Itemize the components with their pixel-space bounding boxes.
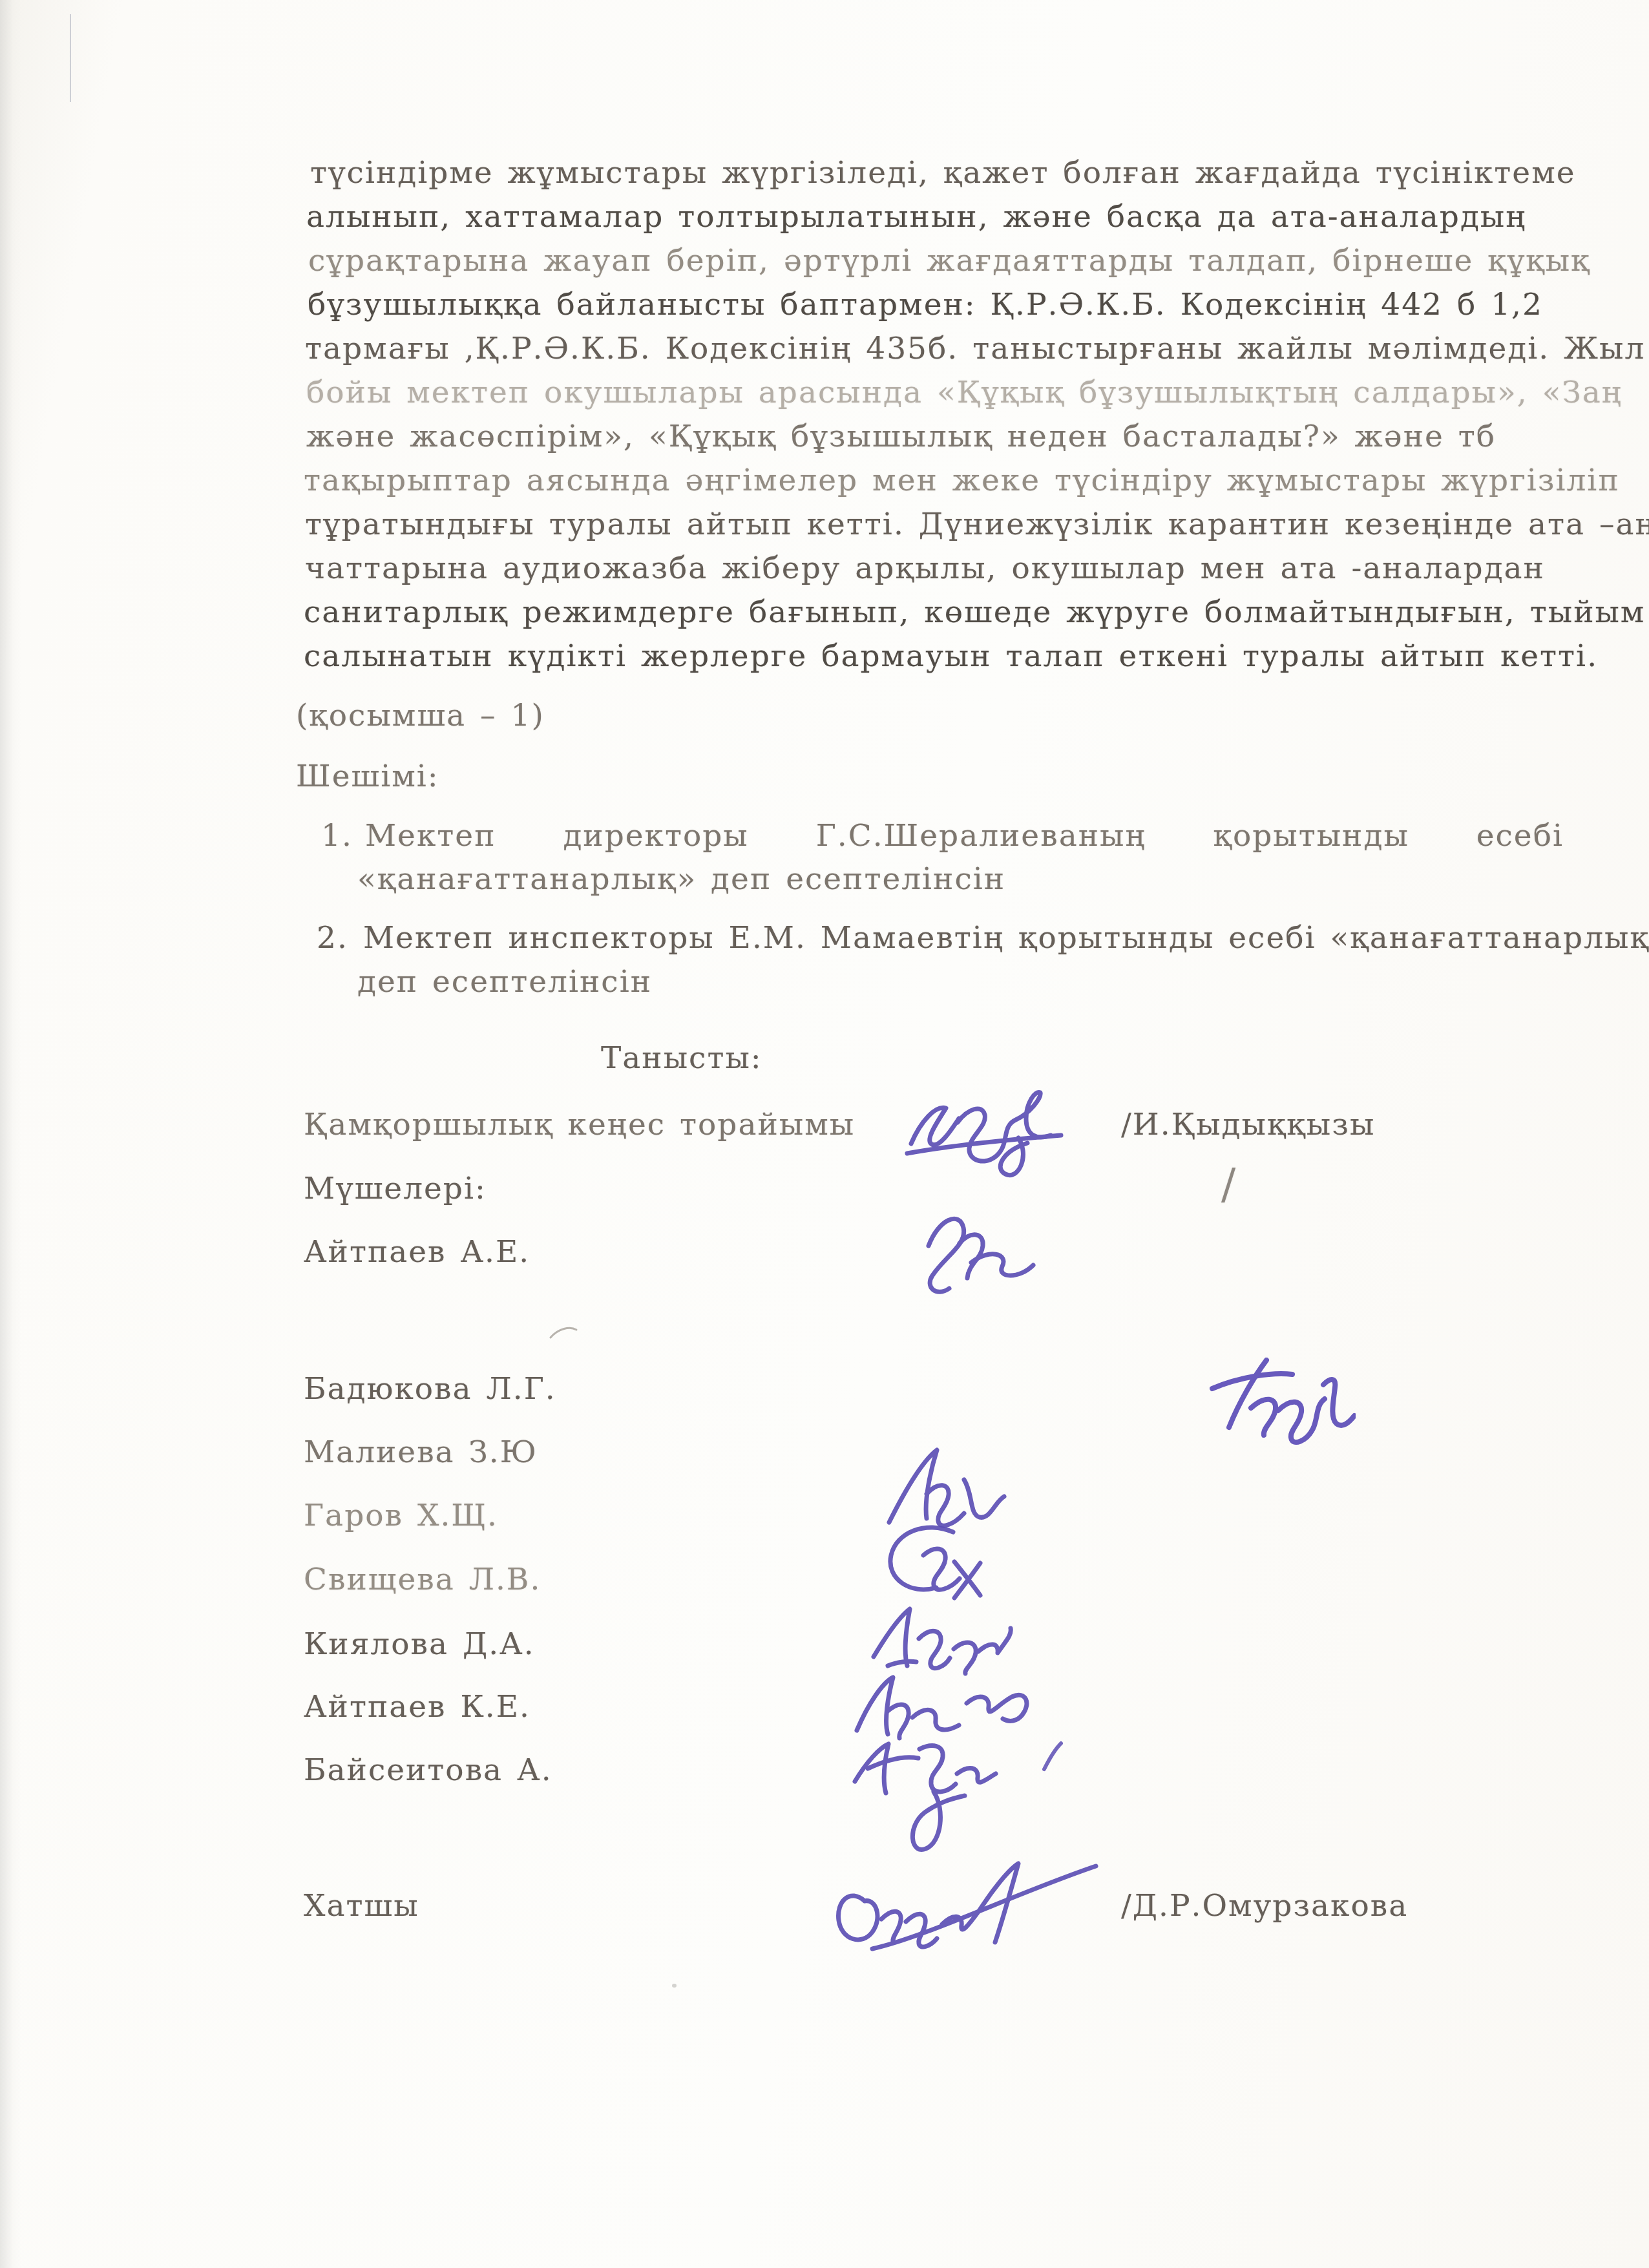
word: Г.С.Шералиеваның	[816, 818, 1146, 854]
signature-omurzakova	[822, 1847, 1106, 1976]
member-name: Малиева З.Ю	[304, 1434, 538, 1471]
paragraph-line: тақырыптар аясында әңгімелер мен жеке тү…	[304, 463, 1620, 499]
paragraph-line: түсіндірме жұмыстары жүргізіледі, қажет …	[310, 155, 1576, 191]
decision-item-1-line-2: «қанағаттанарлық» деп есептелінсін	[357, 861, 1005, 898]
secretary-label: Хатшы	[304, 1888, 419, 1924]
paragraph-line: тұратындығы туралы айтып кетті. Дүниежүз…	[305, 507, 1649, 543]
scanned-document-page: түсіндірме жұмыстары жүргізіледі, қажет …	[0, 0, 1649, 2268]
paragraph-line: бұзушылыққа байланысты баптармен: Қ.Р.Ә.…	[308, 287, 1543, 323]
paragraph-line: алынып, хаттамалар толтырылатынын, және …	[306, 199, 1526, 235]
chair-name: /И.Қыдыққызы	[1121, 1107, 1375, 1143]
paragraph-line: тармағы ,Қ.Р.Ә.К.Б. Кодексінің 435б. тан…	[305, 331, 1645, 367]
member-name: Киялова Д.А.	[304, 1626, 535, 1663]
signature-kydykkyzy	[892, 1076, 1073, 1189]
signature-tick-mark	[1039, 1738, 1065, 1774]
member-name: Гаров Х.Щ.	[304, 1498, 498, 1534]
paragraph-line: сұрақтарына жауап беріп, әртүрлі жағдаят…	[308, 243, 1591, 279]
decision-heading: Шешімі:	[296, 759, 439, 795]
paragraph-line: және жасөспірім», «Құқық бұзышылық неден…	[306, 419, 1496, 455]
word: есебі	[1476, 818, 1564, 854]
member-name: Айтпаев А.Е.	[304, 1234, 530, 1270]
member-name: Свищева Л.В.	[304, 1562, 541, 1598]
signature-baiseitova	[837, 1735, 1024, 1864]
word: директоры	[563, 818, 748, 854]
scan-speck	[672, 1984, 677, 1988]
list-number: 1.	[321, 818, 353, 854]
decision-item-2-line-2: деп есептелінсін	[357, 964, 652, 1000]
chair-label: Қамқоршылық кеңес торайымы	[304, 1107, 855, 1143]
paragraph-line: санитарлық режимдерге бағынып, көшеде жү…	[304, 594, 1645, 631]
member-name: Айтпаев К.Е.	[304, 1689, 530, 1725]
signature-aitpaev-ae	[895, 1201, 1044, 1307]
members-label: Мүшелері:	[304, 1171, 487, 1207]
scan-edge-shadow	[0, 0, 22, 2268]
acquainted-heading: Танысты:	[601, 1040, 762, 1076]
scan-artifact-line	[70, 14, 71, 102]
decision-item-1-line-1: Мектеп директоры Г.С.Шералиеваның қорыты…	[365, 818, 1564, 854]
member-name: Байсеитова А.	[304, 1752, 552, 1789]
stray-pen-mark	[547, 1322, 582, 1344]
decision-item-2-line-1: Мектеп инспекторы Е.М. Мамаевтің қорытын…	[363, 920, 1649, 956]
members-slash-mark: /	[1221, 1163, 1235, 1206]
signature-badyukova	[1175, 1347, 1356, 1457]
paragraph-line: салынатын күдікті жерлерге бармауын тала…	[304, 638, 1598, 675]
list-number: 2.	[317, 920, 348, 956]
word: Мектеп	[365, 818, 496, 854]
attachment-note: (қосымша – 1)	[296, 698, 545, 734]
paragraph-line: бойы мектеп окушылары арасында «Құқық бұ…	[306, 375, 1623, 411]
member-name: Бадюкова Л.Г.	[304, 1371, 556, 1407]
signature-svishcheva	[856, 1515, 995, 1602]
word: қорытынды	[1213, 818, 1409, 854]
secretary-name: /Д.Р.Омурзакова	[1121, 1888, 1408, 1924]
paragraph-line: чаттарына аудиожазба жіберу арқылы, окуш…	[305, 551, 1545, 587]
